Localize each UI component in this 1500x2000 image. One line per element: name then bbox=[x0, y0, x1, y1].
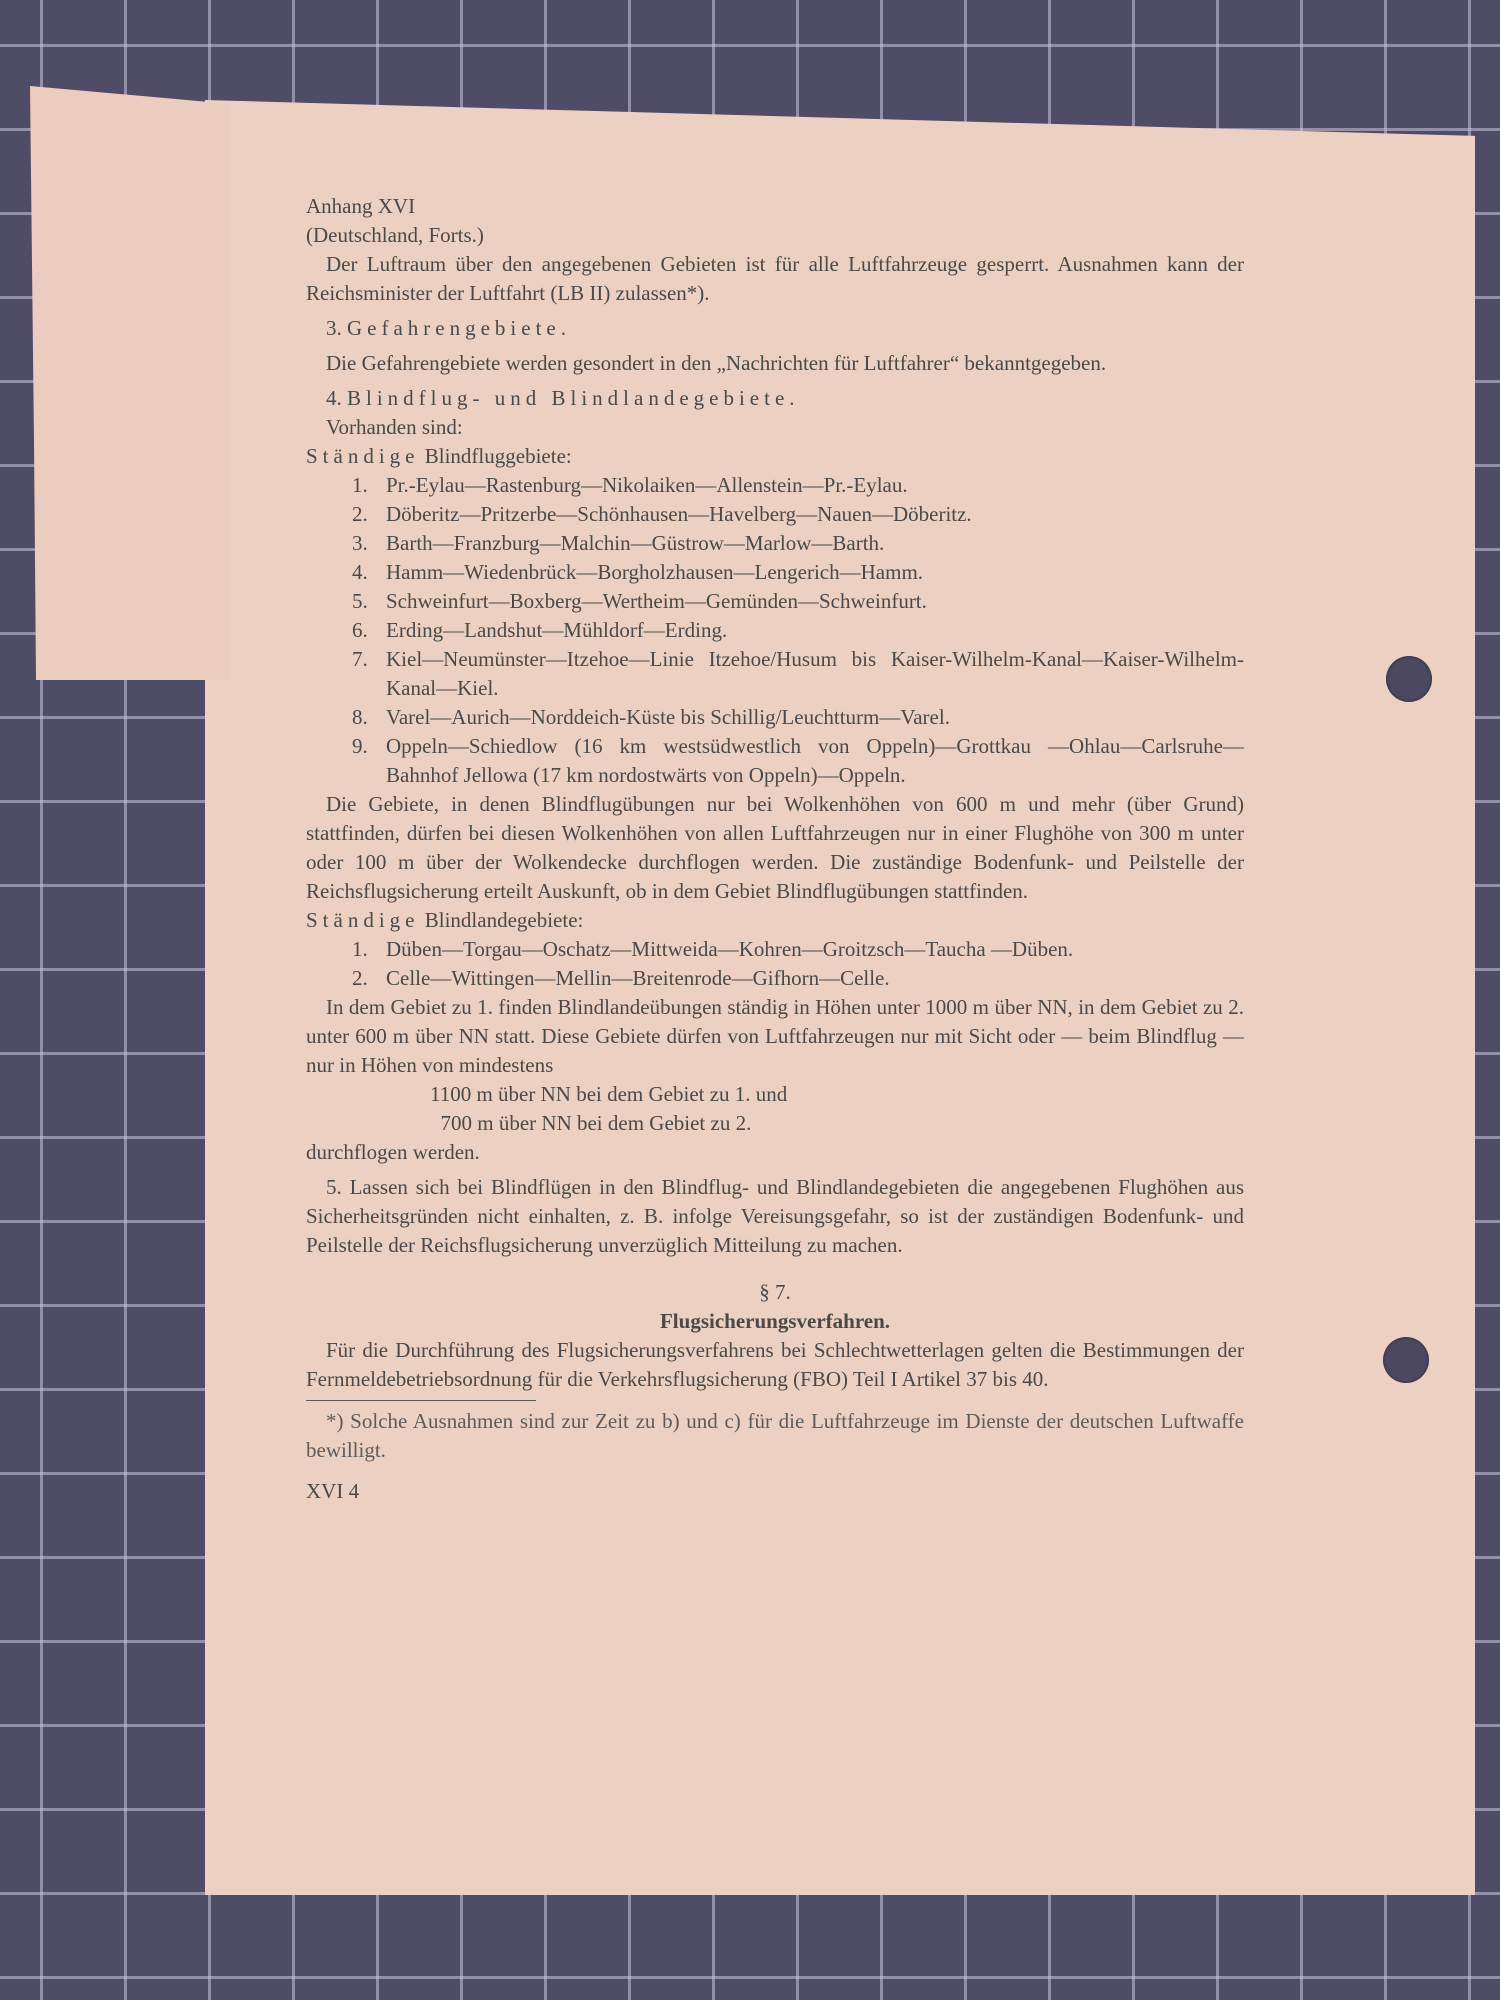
list-item-number: 2. bbox=[352, 964, 368, 993]
section4-number: 4. bbox=[326, 386, 342, 410]
list-item-text: Varel—Aurich—Norddeich-Küste bis Schilli… bbox=[386, 705, 950, 729]
paragraph7-number: § 7. bbox=[306, 1278, 1244, 1307]
country-label: (Deutschland, Forts.) bbox=[306, 221, 1244, 250]
list-item: 6.Erding—Landshut—Mühldorf—Erding. bbox=[386, 616, 1244, 645]
min-height-1: 1100 m über NN bei dem Gebiet zu 1. und bbox=[306, 1080, 1244, 1109]
min-height-2: 700 m über NN bei dem Gebiet zu 2. bbox=[306, 1109, 1244, 1138]
list-item-number: 1. bbox=[352, 935, 368, 964]
list-item: 8.Varel—Aurich—Norddeich-Küste bis Schil… bbox=[386, 703, 1244, 732]
list-item: 3.Barth—Franzburg—Malchin—Güstrow—Marlow… bbox=[386, 529, 1244, 558]
list-item-number: 2. bbox=[352, 500, 368, 529]
section3-heading: 3. Gefahrengebiete. bbox=[306, 314, 1244, 343]
section4-title: Blindflug- und Blindlandegebiete. bbox=[347, 386, 800, 410]
list-item: 9.Oppeln—Schiedlow (16 km westsüdwestlic… bbox=[386, 732, 1244, 790]
list-item: 1.Pr.-Eylau—Rastenburg—Nikolaiken—Allens… bbox=[386, 471, 1244, 500]
list-item-text: Erding—Landshut—Mühldorf—Erding. bbox=[386, 618, 727, 642]
document-body: Anhang XVI (Deutschland, Forts.) Der Luf… bbox=[306, 192, 1244, 1506]
list-item-text: Hamm—Wiedenbrück—Borgholzhausen—Lengeric… bbox=[386, 560, 923, 584]
list-item-text: Kiel—Neumünster—Itzehoe—Linie Itzehoe/Hu… bbox=[386, 647, 1244, 700]
section3-text: Die Gefahrengebiete werden gesondert in … bbox=[306, 349, 1244, 378]
footnote-divider bbox=[306, 1400, 536, 1401]
footnote: *) Solche Ausnahmen sind zur Zeit zu b) … bbox=[306, 1407, 1244, 1465]
blindlande-closing: durchflogen werden. bbox=[306, 1138, 1244, 1167]
intro-paragraph: Der Luftraum über den angegebenen Gebiet… bbox=[306, 250, 1244, 308]
list-item: 1.Düben—Torgau—Oschatz—Mittweida—Kohren—… bbox=[386, 935, 1244, 964]
folded-page-flap bbox=[30, 86, 230, 680]
blindflug-label-rest: Blindfluggebiete: bbox=[425, 444, 572, 468]
blindlande-area-list: 1.Düben—Torgau—Oschatz—Mittweida—Kohren—… bbox=[306, 935, 1244, 993]
list-item: 4.Hamm—Wiedenbrück—Borgholzhausen—Lenger… bbox=[386, 558, 1244, 587]
list-item-text: Barth—Franzburg—Malchin—Güstrow—Marlow—B… bbox=[386, 531, 884, 555]
blindlande-label-rest: Blindlandegebiete: bbox=[425, 908, 584, 932]
list-item-number: 6. bbox=[352, 616, 368, 645]
blindlande-label-spaced: Ständige bbox=[306, 908, 420, 932]
list-item: 7.Kiel—Neumünster—Itzehoe—Linie Itzehoe/… bbox=[386, 645, 1244, 703]
section3-number: 3. bbox=[326, 316, 342, 340]
list-item-text: Oppeln—Schiedlow (16 km westsüdwestlich … bbox=[386, 734, 1244, 787]
page-number: XVI 4 bbox=[306, 1477, 1244, 1506]
blindflug-label-spaced: Ständige bbox=[306, 444, 420, 468]
paragraph7-text: Für die Durchführung des Flugsicherungsv… bbox=[306, 1336, 1244, 1394]
list-item-text: Celle—Wittingen—Mellin—Breitenrode—Gifho… bbox=[386, 966, 890, 990]
paragraph7-title: Flugsicherungsverfahren. bbox=[306, 1307, 1244, 1336]
list-item-number: 1. bbox=[352, 471, 368, 500]
blindlande-label: Ständige Blindlandegebiete: bbox=[306, 906, 1244, 935]
list-item-text: Pr.-Eylau—Rastenburg—Nikolaiken—Allenste… bbox=[386, 473, 908, 497]
blindflug-label: Ständige Blindfluggebiete: bbox=[306, 442, 1244, 471]
punch-hole-upper bbox=[1386, 656, 1432, 702]
list-item: 5.Schweinfurt—Boxberg—Wertheim—Gemünden—… bbox=[386, 587, 1244, 616]
blindlande-paragraph: In dem Gebiet zu 1. finden Blindlandeübu… bbox=[306, 993, 1244, 1080]
section5-text: 5. Lassen sich bei Blindflügen in den Bl… bbox=[306, 1173, 1244, 1260]
section4-intro: Vorhanden sind: bbox=[306, 413, 1244, 442]
punch-hole-lower bbox=[1383, 1337, 1429, 1383]
list-item: 2.Döberitz—Pritzerbe—Schönhausen—Havelbe… bbox=[386, 500, 1244, 529]
list-item-number: 4. bbox=[352, 558, 368, 587]
section3-title: Gefahrengebiete. bbox=[347, 316, 571, 340]
blindflug-area-list: 1.Pr.-Eylau—Rastenburg—Nikolaiken—Allens… bbox=[306, 471, 1244, 790]
list-item-number: 8. bbox=[352, 703, 368, 732]
list-item-number: 3. bbox=[352, 529, 368, 558]
section4-heading: 4. Blindflug- und Blindlandegebiete. bbox=[306, 384, 1244, 413]
list-item-text: Schweinfurt—Boxberg—Wertheim—Gemünden—Sc… bbox=[386, 589, 927, 613]
blindflug-paragraph: Die Gebiete, in denen Blindflugübungen n… bbox=[306, 790, 1244, 906]
list-item-number: 7. bbox=[352, 645, 368, 674]
list-item: 2.Celle—Wittingen—Mellin—Breitenrode—Gif… bbox=[386, 964, 1244, 993]
annex-label: Anhang XVI bbox=[306, 192, 1244, 221]
list-item-number: 9. bbox=[352, 732, 368, 761]
list-item-text: Döberitz—Pritzerbe—Schönhausen—Havelberg… bbox=[386, 502, 972, 526]
list-item-text: Düben—Torgau—Oschatz—Mittweida—Kohren—Gr… bbox=[386, 937, 1073, 961]
list-item-number: 5. bbox=[352, 587, 368, 616]
